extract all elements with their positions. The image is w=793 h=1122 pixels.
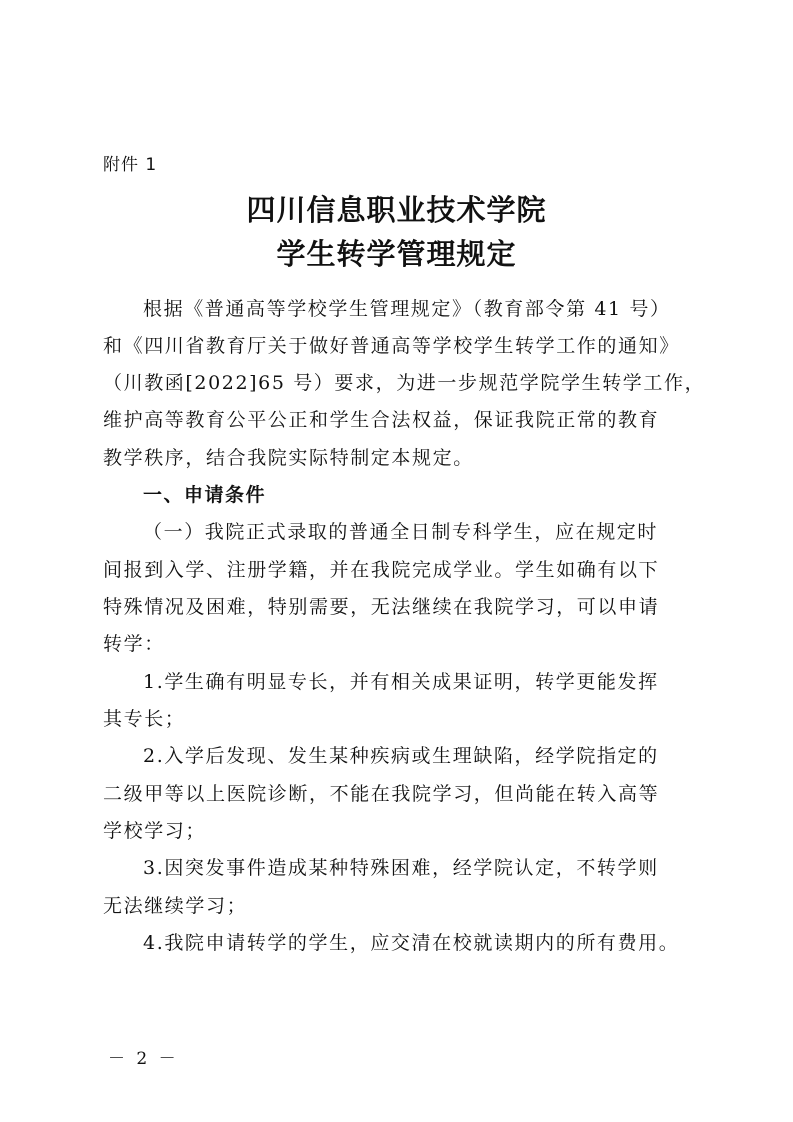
body-text-line: 无法继续学习； (103, 891, 247, 918)
body-text-line: 学校学习； (103, 816, 206, 843)
body-text-line: 特殊情况及困难，特别需要，无法继续在我院学习，可以申请 (103, 592, 659, 619)
body-text-line: 二级甲等以上医院诊断，不能在我院学习，但尚能在转入高等 (103, 779, 659, 806)
body-text-line: 1.学生确有明显专长，并有相关成果证明，转学更能发挥 (143, 667, 659, 694)
body-text-line: 根据《普通高等学校学生管理规定》（教育部令第 41 号） (143, 294, 671, 321)
body-text-line: 间报到入学、注册学籍，并在我院完成学业。学生如确有以下 (103, 555, 659, 582)
body-text-line: （川教函[2022]65 号）要求，为进一步规范学院学生转学工作， (103, 368, 705, 395)
body-text-line: 4.我院申请转学的学生，应交清在校就读期内的所有费用。 (143, 928, 679, 955)
body-text-line: 教学秩序，结合我院实际特制定本规定。 (103, 443, 474, 470)
body-text-line: 维护高等教育公平公正和学生合法权益，保证我院正常的教育 (103, 405, 659, 432)
body-text-line: （一）我院正式录取的普通全日制专科学生，应在规定时 (143, 517, 658, 544)
body-text-line: 其专长； (103, 704, 185, 731)
body-text-line: 3.因突发事件造成某种特殊困难，经学院认定，不转学则 (143, 853, 659, 880)
document-title-line1: 四川信息职业技术学院 (0, 188, 793, 229)
body-text-line: 2.入学后发现、发生某种疾病或生理缺陷，经学院指定的 (143, 741, 659, 768)
document-page: 附件 1 四川信息职业技术学院 学生转学管理规定 根据《普通高等学校学生管理规定… (0, 0, 793, 1122)
page-number: － 2 － (108, 1044, 179, 1069)
body-text-line: 和《四川省教育厅关于做好普通高等学校学生转学工作的通知》 (103, 331, 680, 358)
attachment-label: 附件 1 (103, 150, 157, 175)
body-text-line: 转学： (103, 629, 165, 656)
document-title-line2: 学生转学管理规定 (0, 232, 793, 273)
section-heading: 一、申请条件 (143, 480, 266, 507)
